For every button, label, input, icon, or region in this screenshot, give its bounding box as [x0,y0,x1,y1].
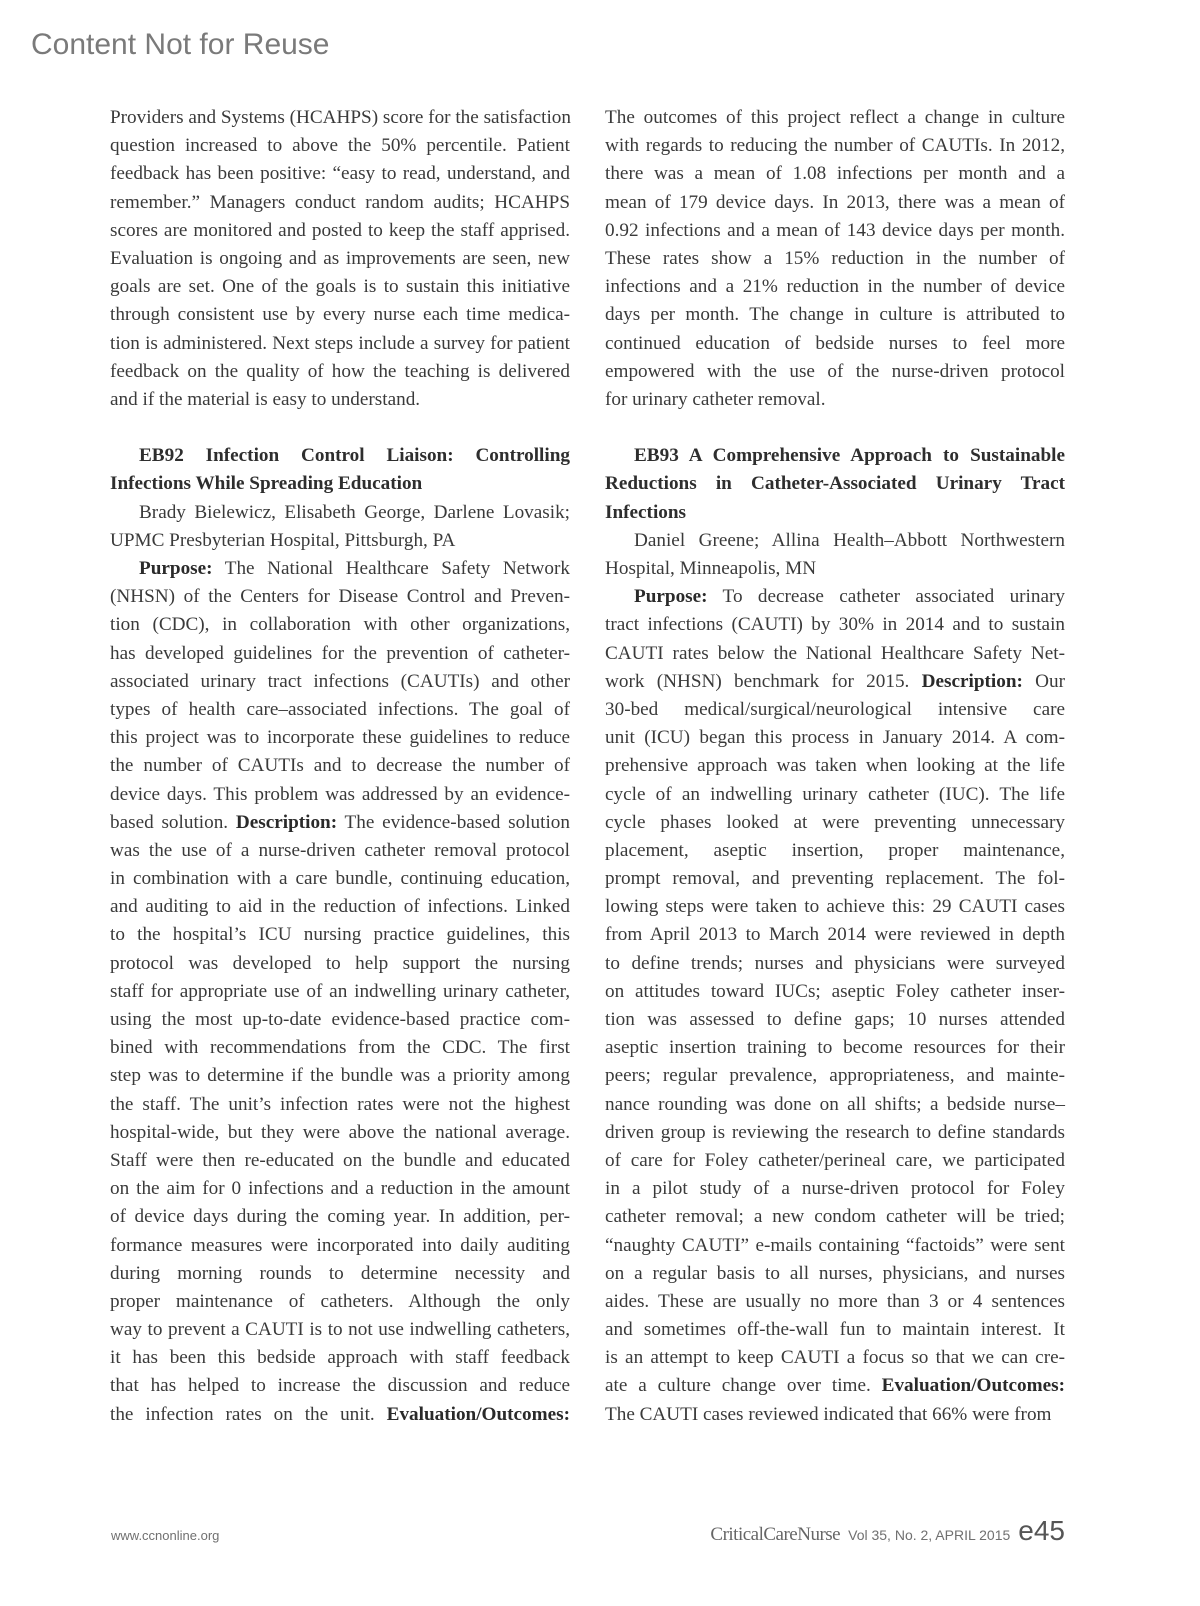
section-gap [110,414,570,442]
description-label: Description: [922,671,1023,692]
text-line: lowing steps were taken to achieve this:… [605,893,1065,921]
evaluation-line: ate a culture change over time. Evaluati… [605,1372,1065,1400]
description-text: The evidence-based solution [337,812,570,833]
text-line: “naughty CAUTI” e-mails containing “fact… [605,1232,1065,1260]
description-pre-text: based solution. [110,812,236,833]
text-line: tion is administered. Next steps include… [110,330,570,358]
abstract-body-a: tract infections (CAUTI) by 30% in 2014 … [605,611,1065,667]
text-line: The outcomes of this project reflect a c… [605,104,1065,132]
text-line: mean of 179 device days. In 2013, there … [605,189,1065,217]
description-pre-text: work (NHSN) benchmark for 2015. [605,671,922,692]
description-line: based solution. Description: The evidenc… [110,809,570,837]
text-line: device days. This problem was addressed … [110,781,570,809]
text-line: in combination with a care bundle, conti… [110,865,570,893]
text-line: unit (ICU) began this process in January… [605,724,1065,752]
text-line: to the hospital’s ICU nursing practice g… [110,921,570,949]
text-line: way to prevent a CAUTI is to not use ind… [110,1316,570,1344]
watermark: Content Not for Reuse [31,28,330,62]
description-line: work (NHSN) benchmark for 2015. Descript… [605,668,1065,696]
text-line: 30-bed medical/surgical/neurological int… [605,696,1065,724]
author-line: UPMC Presbyterian Hospital, Pittsburgh, … [110,527,570,555]
text-line: it has been this bedside approach with s… [110,1344,570,1372]
abstract-authors-eb92: Brady Bielewicz, Elisabeth George, Darle… [110,499,570,555]
text-line: placement, aseptic insertion, proper mai… [605,837,1065,865]
text-line: this project was to incorporate these gu… [110,724,570,752]
text-line: from April 2013 to March 2014 were revie… [605,921,1065,949]
text-line: has developed guidelines for the prevent… [110,640,570,668]
text-line: the staff. The unit’s infection rates we… [110,1091,570,1119]
text-line: goals are set. One of the goals is to su… [110,273,570,301]
purpose-label: Purpose: [634,586,708,607]
text-line: driven group is reviewing the research t… [605,1119,1065,1147]
text-line: Evaluation is ongoing and as improvement… [110,245,570,273]
text-line: days per month. The change in culture is… [605,301,1065,329]
text-line: empowered with the use of the nurse-driv… [605,358,1065,386]
description-text: Our [1023,671,1065,692]
text-line: hospital-wide, but they were above the n… [110,1119,570,1147]
text-line: continued education of bedside nurses to… [605,330,1065,358]
text-line: for urinary catheter removal. [605,386,1065,414]
issue-info: Vol 35, No. 2, APRIL 2015 [848,1527,1010,1543]
text-line: tion was assessed to define gaps; 10 nur… [605,1006,1065,1034]
journal-name: CriticalCareNurse [710,1524,840,1546]
text-line: (NHSN) of the Centers for Disease Contro… [110,583,570,611]
text-line: These rates show a 15% reduction in the … [605,245,1065,273]
evaluation-pre-text: ate a culture change over time. [605,1375,882,1396]
text-line: nance rounding was done on all shifts; a… [605,1091,1065,1119]
author-line: Hospital, Minneapolis, MN [605,555,1065,583]
text-line: staff for appropriate use of an indwelli… [110,978,570,1006]
section-gap [605,414,1065,442]
footer-website: www.ccnonline.org [111,1528,219,1543]
title-line: Infections [605,499,1065,527]
text-line: on a regular basis to all nurses, physic… [605,1260,1065,1288]
text-line: with regards to reducing the number of C… [605,132,1065,160]
text-line: prehensive approach was taken when looki… [605,752,1065,780]
text-line: peers; regular prevalence, appropriatene… [605,1062,1065,1090]
text-line: bined with recommendations from the CDC.… [110,1034,570,1062]
left-column: Providers and Systems (HCAHPS) score for… [110,104,570,1429]
text-line: types of health care–associated infectio… [110,696,570,724]
text-line: prompt removal, and preventing replaceme… [605,865,1065,893]
text-line: feedback has been positive: “easy to rea… [110,160,570,188]
text-line: protocol was developed to help support t… [110,950,570,978]
text-line: on attitudes toward IUCs; aseptic Foley … [605,978,1065,1006]
text-line: tract infections (CAUTI) by 30% in 2014 … [605,611,1065,639]
text-line: proper maintenance of catheters. Althoug… [110,1288,570,1316]
text-line: and if the material is easy to understan… [110,386,570,414]
title-line: EB93 A Comprehensive Approach to Sustain… [605,442,1065,470]
text-line: of device days during the coming year. I… [110,1203,570,1231]
title-line: EB92 Infection Control Liaison: Controll… [110,442,570,470]
text-line: tion (CDC), in collaboration with other … [110,611,570,639]
text-line: is an attempt to keep CAUTI a focus so t… [605,1344,1065,1372]
purpose-line: Purpose: To decrease catheter associated… [605,583,1065,611]
text-line: step was to determine if the bundle was … [110,1062,570,1090]
text-line: to define trends; nurses and physicians … [605,950,1065,978]
abstract-title-eb93: EB93 A Comprehensive Approach to Sustain… [605,442,1065,527]
text-line: feedback on the quality of how the teach… [110,358,570,386]
abstract-title-eb92: EB92 Infection Control Liaison: Controll… [110,442,570,498]
purpose-label: Purpose: [139,558,213,579]
text-line: on the aim for 0 infections and a reduct… [110,1175,570,1203]
text-line: in a pilot study of a nurse-driven proto… [605,1175,1065,1203]
continuation-text-eb91: Providers and Systems (HCAHPS) score for… [110,104,570,414]
purpose-line: Purpose: The National Healthcare Safety … [110,555,570,583]
page-number: e45 [1018,1515,1065,1547]
text-line: using the most up-to-date evidence-based… [110,1006,570,1034]
continuation-text-eb92: The outcomes of this project reflect a c… [605,104,1065,414]
text-line: Staff were then re-educated on the bundl… [110,1147,570,1175]
evaluation-line: the infection rates on the unit. Evaluat… [110,1401,570,1429]
text-line: CAUTI rates below the National Healthcar… [605,640,1065,668]
text-line: remember.” Managers conduct random audit… [110,189,570,217]
text-line: there was a mean of 1.08 infections per … [605,160,1065,188]
text-line: 0.92 infections and a mean of 143 device… [605,217,1065,245]
text-line: cycle phases looked at were preventing u… [605,809,1065,837]
footer-journal-info: CriticalCareNurse Vol 35, No. 2, APRIL 2… [710,1515,1065,1547]
abstract-body-b: was the use of a nurse-driven catheter r… [110,837,570,1401]
text-line: aseptic insertion training to become res… [605,1034,1065,1062]
title-line: Infections While Spreading Education [110,470,570,498]
abstract-authors-eb93: Daniel Greene; Allina Health–Abbott Nort… [605,527,1065,583]
evaluation-pre-text: the infection rates on the unit. [110,1404,387,1425]
evaluation-label: Evaluation/Outcomes: [882,1375,1065,1396]
author-line: Daniel Greene; Allina Health–Abbott Nort… [605,527,1065,555]
text-line: that has helped to increase the discussi… [110,1372,570,1400]
evaluation-label: Evaluation/Outcomes: [387,1404,570,1425]
text-line: aides. These are usually no more than 3 … [605,1288,1065,1316]
purpose-text: To decrease catheter associated urinary [708,586,1065,607]
abstract-body-b: 30-bed medical/surgical/neurological int… [605,696,1065,1373]
text-line: during morning rounds to determine neces… [110,1260,570,1288]
text-line: infections and a 21% reduction in the nu… [605,273,1065,301]
title-line: Reductions in Catheter-Associated Urinar… [605,470,1065,498]
description-label: Description: [236,812,337,833]
text-line: the number of CAUTIs and to decrease the… [110,752,570,780]
text-line: and sometimes off-the-wall fun to mainta… [605,1316,1065,1344]
text-line: associated urinary tract infections (CAU… [110,668,570,696]
purpose-text: The National Healthcare Safety Network [213,558,570,579]
text-line: formance measures were incorporated into… [110,1232,570,1260]
text-line: was the use of a nurse-driven catheter r… [110,837,570,865]
text-line: catheter removal; a new condom catheter … [605,1203,1065,1231]
text-line: scores are monitored and posted to keep … [110,217,570,245]
text-line: and auditing to aid in the reduction of … [110,893,570,921]
right-column: The outcomes of this project reflect a c… [605,104,1065,1429]
text-line: Providers and Systems (HCAHPS) score for… [110,104,570,132]
author-line: Brady Bielewicz, Elisabeth George, Darle… [110,499,570,527]
text-line: through consistent use by every nurse ea… [110,301,570,329]
abstract-body-a: (NHSN) of the Centers for Disease Contro… [110,583,570,809]
text-line: of care for Foley catheter/perineal care… [605,1147,1065,1175]
text-line: question increased to above the 50% perc… [110,132,570,160]
final-line: The CAUTI cases reviewed indicated that … [605,1401,1065,1429]
text-line: cycle of an indwelling urinary catheter … [605,781,1065,809]
